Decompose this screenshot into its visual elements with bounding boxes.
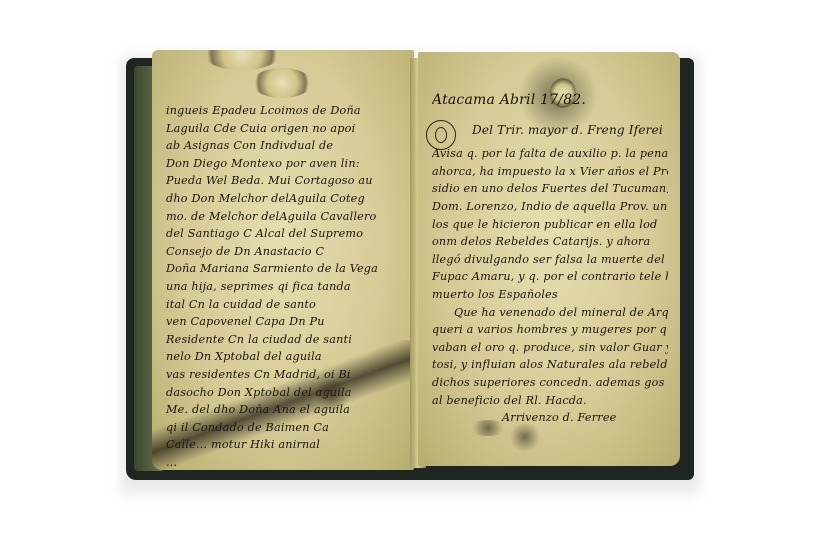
text-line: ital Cn la cuidad de santo — [166, 296, 402, 314]
text-line: los que le hicieron publicar en ella lod — [432, 216, 668, 234]
text-line: Don Diego Montexo por aven lin: — [166, 155, 402, 173]
text-line: ingueis Epadeu Lcoimos de Doña — [166, 102, 402, 120]
letter-date-header: Atacama Abril 17/82. — [432, 92, 668, 110]
ink-stain — [312, 380, 352, 410]
text-line: ahorca, ha impuesto la x Vier años el Pr… — [432, 163, 668, 181]
burn-hole — [252, 68, 312, 98]
text-line: dho Don Melchor delAguila Coteg — [166, 190, 402, 208]
text-line: ven Capovenel Capa Dn Pu — [166, 313, 402, 331]
text-line: llegó divulgando ser falsa la muerte del — [432, 251, 668, 269]
text-line: mo. de Melchor delAguila Cavallero — [166, 208, 402, 226]
right-page: Atacama Abril 17/82. Del Trir. mayor d. … — [418, 52, 680, 466]
torn-burnt-corner — [152, 340, 414, 470]
text-line: sidio en uno delos Fuertes del Tucuman, … — [432, 180, 668, 198]
text-line: Pueda Wel Beda. Mui Cortagoso au — [166, 172, 402, 190]
text-line: Que ha venenado del mineral de Arqui — [432, 304, 668, 322]
text-line: del Santiago C Alcal del Supremo — [166, 225, 402, 243]
text-line: onm delos Rebeldes Catarijs. y ahora — [432, 233, 668, 251]
text-line: Consejo de Dn Anastacio C — [166, 243, 402, 261]
letter-title: Del Trir. mayor d. Freng Iferei — [432, 122, 668, 140]
text-line: muerto los Españoles — [432, 286, 668, 304]
text-line: Dom. Lorenzo, Indio de aquella Prov. uno… — [432, 198, 668, 216]
text-line: queri a varios hombres y mugeres por q. … — [432, 321, 668, 339]
left-page: ingueis Epadeu Lcoimos de Doña Laguila C… — [152, 50, 414, 470]
smudge — [468, 420, 508, 436]
burnt-edge — [202, 50, 282, 70]
right-page-text: Atacama Abril 17/82. Del Trir. mayor d. … — [432, 92, 668, 427]
text-line: una hija, seprimes qi fica tanda — [166, 278, 402, 296]
text-line: tosi, y influian alos Naturales ala rebe… — [432, 356, 668, 374]
smudge — [510, 422, 540, 452]
text-line: Doña Mariana Sarmiento de la Vega — [166, 260, 402, 278]
text-line: dichos superiores concedn. ademas gos y — [432, 374, 668, 392]
text-line: vaban el oro q. produce, sin valor Guar … — [432, 339, 668, 357]
text-line: Fupac Amaru, y q. por el contrario tele … — [432, 268, 668, 286]
text-line: Avisa q. por la falta de auxilio p. la p… — [432, 145, 668, 163]
text-line: al beneficio del Rl. Hacda. — [432, 392, 668, 410]
text-line: ab Asignas Con Indivdual de — [166, 137, 402, 155]
signature: Arrivenzo d. Ferree — [432, 409, 668, 427]
text-line: Laguila Cde Cuia origen no apoi — [166, 120, 402, 138]
